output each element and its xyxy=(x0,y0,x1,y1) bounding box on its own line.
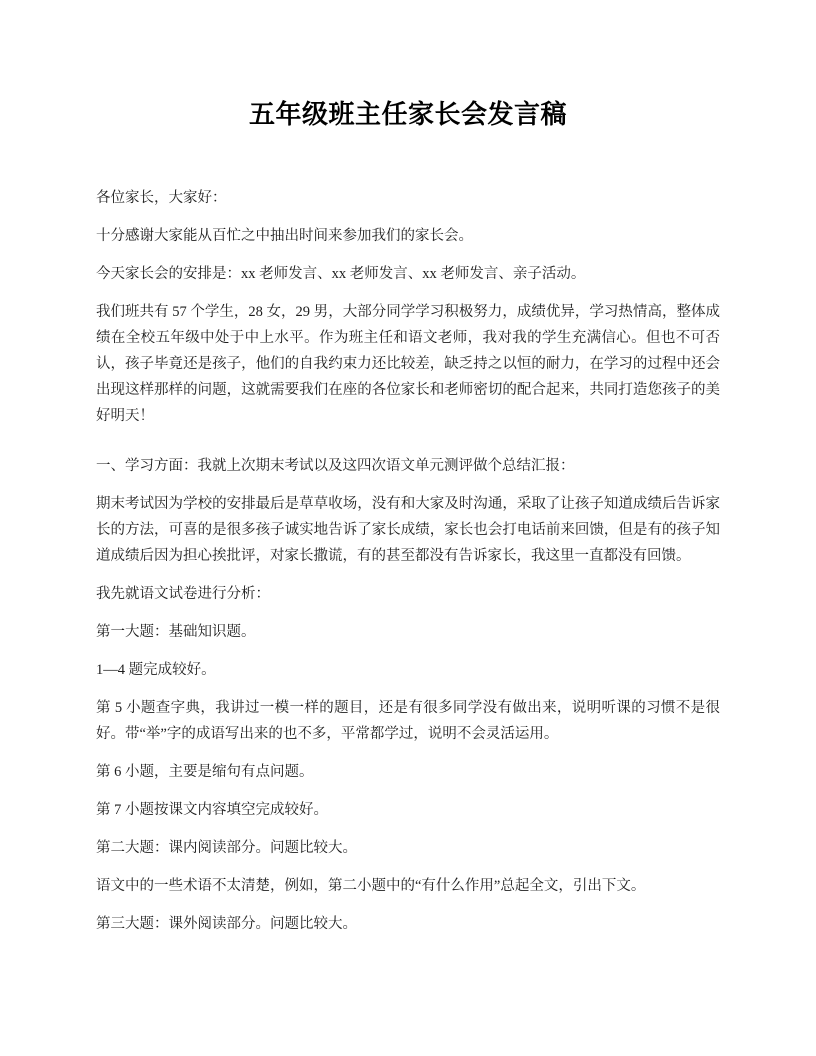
paragraph: 我先就语文试卷进行分析： xyxy=(96,581,720,607)
paragraph: 第一大题：基础知识题。 xyxy=(96,619,720,645)
paragraph: 第二大题：课内阅读部分。问题比较大。 xyxy=(96,835,720,861)
paragraph: 第 6 小题，主要是缩句有点问题。 xyxy=(96,759,720,785)
paragraph: 我们班共有 57 个学生，28 女，29 男，大部分同学学习积极努力，成绩优异，… xyxy=(96,299,720,429)
document-title: 五年级班主任家长会发言稿 xyxy=(96,97,720,133)
document-body: 各位家长，大家好：十分感谢大家能从百忙之中抽出时间来参加我们的家长会。今天家长会… xyxy=(96,185,720,937)
paragraph: 1—4 题完成较好。 xyxy=(96,657,720,683)
paragraph: 十分感谢大家能从百忙之中抽出时间来参加我们的家长会。 xyxy=(96,223,720,249)
paragraph: 今天家长会的安排是：xx 老师发言、xx 老师发言、xx 老师发言、亲子活动。 xyxy=(96,261,720,287)
paragraph: 第三大题：课外阅读部分。问题比较大。 xyxy=(96,911,720,937)
paragraph: 一、学习方面：我就上次期末考试以及这四次语文单元测评做个总结汇报： xyxy=(96,453,720,479)
empty-line xyxy=(96,441,720,453)
paragraph: 各位家长，大家好： xyxy=(96,185,720,211)
paragraph: 语文中的一些术语不太清楚，例如，第二小题中的“有什么作用”总起全文，引出下文。 xyxy=(96,873,720,899)
paragraph: 期末考试因为学校的安排最后是草草收场，没有和大家及时沟通，采取了让孩子知道成绩后… xyxy=(96,491,720,569)
paragraph: 第 7 小题按课文内容填空完成较好。 xyxy=(96,797,720,823)
paragraph: 第 5 小题查字典，我讲过一模一样的题目，还是有很多同学没有做出来，说明听课的习… xyxy=(96,695,720,747)
document-page: 五年级班主任家长会发言稿 各位家长，大家好：十分感谢大家能从百忙之中抽出时间来参… xyxy=(0,0,816,1056)
